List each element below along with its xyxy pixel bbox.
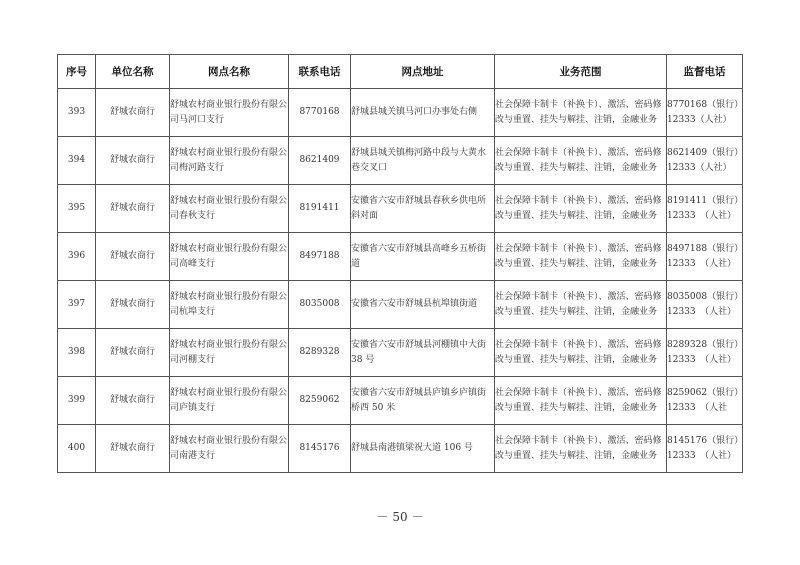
cell-branch-address: 安徽省六安市舒城县庐镇乡庐镇街桥西 50 米 [351,377,495,425]
supervision-bank-phone: 8145176（银行） [667,434,742,449]
cell-contact-phone: 8497188 [289,233,351,281]
document-page: 序号 单位名称 网点名称 联系电话 网点地址 业务范围 监督电话 393 舒城农… [0,0,800,565]
cell-supervision-phone: 8035008（银行） 12333 （人社） [667,281,743,329]
cell-unit-name: 舒城农商行 [96,233,170,281]
cell-unit-name: 舒城农商行 [96,377,170,425]
cell-supervision-phone: 8145176（银行） 12333 （人社） [667,425,743,473]
table-row: 394 舒城农商行 舒城农村商业银行股份有限公司梅河路支行 8621409 舒城… [58,137,743,185]
header-branch-name: 网点名称 [170,55,289,89]
header-serial-no: 序号 [58,55,96,89]
cell-unit-name: 舒城农商行 [96,185,170,233]
table-row: 400 舒城农商行 舒城农村商业银行股份有限公司南港支行 8145176 舒城县… [58,425,743,473]
supervision-hr-phone: 12333 （人社） [667,449,742,464]
supervision-bank-phone: 8497188（银行） [667,242,742,257]
cell-branch-name: 舒城农村商业银行股份有限公司高峰支行 [170,233,289,281]
cell-unit-name: 舒城农商行 [96,89,170,137]
table-row: 398 舒城农商行 舒城农村商业银行股份有限公司河棚支行 8289328 安徽省… [58,329,743,377]
cell-business-scope: 社会保障卡制卡（补换卡）、激活、密码修改与重置、挂失与解挂、注销，金融业务 [495,281,667,329]
supervision-hr-phone: 12333 （人社 [667,401,742,416]
cell-branch-address: 安徽省六安市舒城县高峰乡五桥街道 [351,233,495,281]
cell-branch-name: 舒城农村商业银行股份有限公司庐镇支行 [170,377,289,425]
cell-serial-no: 399 [58,377,96,425]
cell-branch-address: 安徽省六安市舒城县杭埠镇街道 [351,281,495,329]
cell-contact-phone: 8770168 [289,89,351,137]
supervision-hr-phone: 12333（人社） [667,161,742,176]
service-outlet-table: 序号 单位名称 网点名称 联系电话 网点地址 业务范围 监督电话 393 舒城农… [57,54,743,473]
cell-supervision-phone: 8259062（银行） 12333 （人社 [667,377,743,425]
cell-supervision-phone: 8770168（银行） 12333（人社） [667,89,743,137]
cell-branch-address: 舒城县城关镇马河口办事处右侧 [351,89,495,137]
cell-branch-name: 舒城农村商业银行股份有限公司河棚支行 [170,329,289,377]
supervision-hr-phone: 12333（人社） [667,113,742,128]
cell-branch-name: 舒城农村商业银行股份有限公司马河口支行 [170,89,289,137]
supervision-bank-phone: 8035008（银行） [667,290,742,305]
cell-serial-no: 393 [58,89,96,137]
cell-unit-name: 舒城农商行 [96,425,170,473]
cell-contact-phone: 8145176 [289,425,351,473]
header-supervision-phone: 监督电话 [667,55,743,89]
cell-serial-no: 395 [58,185,96,233]
table-row: 396 舒城农商行 舒城农村商业银行股份有限公司高峰支行 8497188 安徽省… [58,233,743,281]
cell-business-scope: 社会保障卡制卡（补换卡）、激活、密码修改与重置、挂失与解挂、注销，金融业务 [495,137,667,185]
cell-supervision-phone: 8621409（银行） 12333（人社） [667,137,743,185]
cell-branch-name: 舒城农村商业银行股份有限公司梅河路支行 [170,137,289,185]
supervision-bank-phone: 8289328（银行） [667,338,742,353]
cell-branch-address: 安徽省六安市舒城县河棚镇中大街 38 号 [351,329,495,377]
cell-branch-address: 安徽省六安市舒城县春秋乡供电所斜对面 [351,185,495,233]
supervision-hr-phone: 12333 （人社） [667,305,742,320]
cell-supervision-phone: 8191411（银行） 12333 （人社） [667,185,743,233]
cell-serial-no: 396 [58,233,96,281]
table-header-row: 序号 单位名称 网点名称 联系电话 网点地址 业务范围 监督电话 [58,55,743,89]
supervision-bank-phone: 8191411（银行） [667,194,742,209]
cell-business-scope: 社会保障卡制卡（补换卡）、激活、密码修改与重置、挂失与解挂、注销，金融业务 [495,233,667,281]
cell-serial-no: 394 [58,137,96,185]
cell-supervision-phone: 8289328（银行） 12333 （人社） [667,329,743,377]
cell-serial-no: 398 [58,329,96,377]
cell-business-scope: 社会保障卡制卡（补换卡）、激活、密码修改与重置、挂失与解挂、注销，金融业务 [495,377,667,425]
header-branch-address: 网点地址 [351,55,495,89]
cell-unit-name: 舒城农商行 [96,137,170,185]
cell-serial-no: 400 [58,425,96,473]
header-contact-phone: 联系电话 [289,55,351,89]
cell-contact-phone: 8259062 [289,377,351,425]
cell-branch-address: 舒城县南港镇梁祝大道 106 号 [351,425,495,473]
cell-contact-phone: 8191411 [289,185,351,233]
supervision-hr-phone: 12333 （人社） [667,353,742,368]
cell-business-scope: 社会保障卡制卡（补换卡）、激活、密码修改与重置、挂失与解挂、注销，金融业务 [495,89,667,137]
cell-supervision-phone: 8497188（银行） 12333 （人社） [667,233,743,281]
cell-business-scope: 社会保障卡制卡（补换卡）、激活、密码修改与重置、挂失与解挂、注销，金融业务 [495,185,667,233]
cell-contact-phone: 8035008 [289,281,351,329]
supervision-hr-phone: 12333 （人社） [667,209,742,224]
cell-branch-address: 舒城县城关镇梅河路中段与大黄水巷交叉口 [351,137,495,185]
table-row: 395 舒城农商行 舒城农村商业银行股份有限公司春秋支行 8191411 安徽省… [58,185,743,233]
table-row: 397 舒城农商行 舒城农村商业银行股份有限公司杭埠支行 8035008 安徽省… [58,281,743,329]
page-number: － 50 － [0,508,800,525]
cell-branch-name: 舒城农村商业银行股份有限公司杭埠支行 [170,281,289,329]
cell-serial-no: 397 [58,281,96,329]
cell-contact-phone: 8289328 [289,329,351,377]
header-unit-name: 单位名称 [96,55,170,89]
supervision-bank-phone: 8621409（银行） [667,146,742,161]
cell-branch-name: 舒城农村商业银行股份有限公司春秋支行 [170,185,289,233]
table-row: 399 舒城农商行 舒城农村商业银行股份有限公司庐镇支行 8259062 安徽省… [58,377,743,425]
supervision-hr-phone: 12333 （人社） [667,257,742,272]
table-row: 393 舒城农商行 舒城农村商业银行股份有限公司马河口支行 8770168 舒城… [58,89,743,137]
cell-contact-phone: 8621409 [289,137,351,185]
supervision-bank-phone: 8259062（银行） [667,386,742,401]
header-business-scope: 业务范围 [495,55,667,89]
cell-unit-name: 舒城农商行 [96,329,170,377]
cell-business-scope: 社会保障卡制卡（补换卡）、激活、密码修改与重置、挂失与解挂、注销，金融业务 [495,329,667,377]
cell-unit-name: 舒城农商行 [96,281,170,329]
cell-business-scope: 社会保障卡制卡（补换卡）、激活、密码修改与重置、挂失与解挂、注销，金融业务 [495,425,667,473]
supervision-bank-phone: 8770168（银行） [667,98,742,113]
cell-branch-name: 舒城农村商业银行股份有限公司南港支行 [170,425,289,473]
